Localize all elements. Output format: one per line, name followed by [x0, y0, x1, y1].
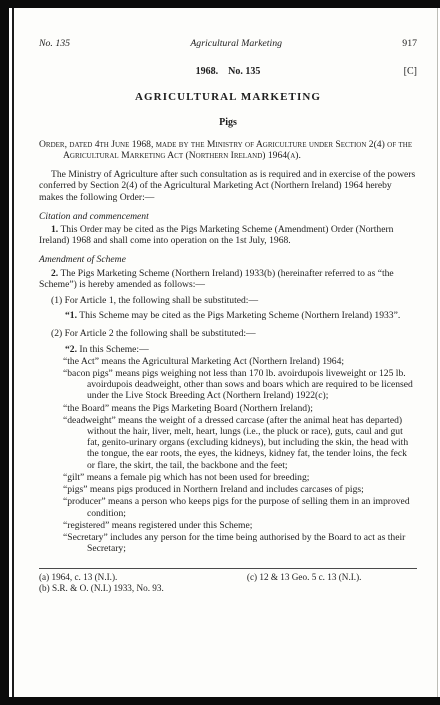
amendment-item-1: (1) For Article 1, the following shall b… — [51, 295, 417, 306]
masthead-doc-number: No. 135 — [228, 66, 260, 77]
section-2-text: The Pigs Marketing Scheme (Northern Irel… — [39, 268, 394, 290]
amendment-item-1-quote-text: This Scheme may be cited as the Pigs Mar… — [79, 310, 400, 321]
section-1-paragraph: 1. This Order may be cited as the Pigs M… — [39, 224, 417, 246]
masthead-year: 1968. — [196, 66, 219, 77]
header-page-number: 917 — [402, 38, 417, 49]
masthead-number-line: 1968.No. 135 [C] — [39, 66, 417, 77]
footnote-a: (a) 1964, c. 13 (N.I.). — [39, 572, 247, 583]
amendment-item-1-label: (1) — [51, 295, 62, 306]
definition-registered: “registered” means registered under this… — [39, 520, 417, 531]
section-1-heading: Citation and commencement — [39, 211, 417, 222]
amendment-item-1-quote: “1. This Scheme may be cited as the Pigs… — [39, 310, 417, 321]
section-1-text: This Order may be cited as the Pigs Mark… — [39, 224, 393, 246]
definition-the-board: “the Board” means the Pigs Marketing Boa… — [39, 403, 417, 414]
section-1-number: 1. — [51, 224, 58, 235]
amendment-item-1-text: For Article 1, the following shall be su… — [65, 295, 258, 306]
footnote-c: (c) 12 & 13 Geo. 5 c. 13 (N.I.). — [247, 572, 417, 583]
amendment-item-2-quote-number: “2. — [65, 344, 77, 355]
footnotes-left-column: (a) 1964, c. 13 (N.I.). (b) S.R. & O. (N… — [39, 572, 247, 594]
footnotes-right-column: (c) 12 & 13 Geo. 5 c. 13 (N.I.). — [247, 572, 417, 594]
definition-bacon-pigs: “bacon pigs” means pigs weighing not les… — [39, 368, 417, 402]
definition-gilt: “gilt” means a female pig which has not … — [39, 472, 417, 483]
document-page: No. 135 Agricultural Marketing 917 1968.… — [14, 8, 437, 697]
document-subtitle: Pigs — [39, 117, 417, 128]
order-recital: Order, dated 4th June 1968, made by the … — [39, 139, 417, 161]
scan-border-top — [0, 0, 440, 8]
definition-pigs: “pigs” means pigs produced in Northern I… — [39, 484, 417, 495]
definition-deadweight: “deadweight” means the weight of a dress… — [39, 415, 417, 471]
amendment-item-2-label: (2) — [51, 328, 62, 339]
footnote-b: (b) S.R. & O. (N.I.) 1933, No. 93. — [39, 583, 247, 594]
class-mark: [C] — [404, 66, 417, 77]
amendment-item-2-quote-text: In this Scheme:— — [79, 344, 148, 355]
amendment-item-2-text: For Article 2 the following shall be sub… — [65, 328, 256, 339]
header-doc-number: No. 135 — [39, 38, 70, 49]
scan-border-bottom — [0, 697, 440, 705]
amendment-item-1-quote-number: “1. — [65, 310, 77, 321]
definition-secretary: “Secretary” includes any person for the … — [39, 532, 417, 554]
intro-paragraph: The Ministry of Agriculture after such c… — [39, 169, 417, 203]
header-running-title: Agricultural Marketing — [190, 38, 282, 49]
definition-the-act: “the Act” means the Agricultural Marketi… — [39, 356, 417, 367]
running-header: No. 135 Agricultural Marketing 917 — [39, 38, 417, 49]
section-2-heading: Amendment of Scheme — [39, 254, 417, 265]
footnotes: (a) 1964, c. 13 (N.I.). (b) S.R. & O. (N… — [39, 568, 417, 594]
document-title: AGRICULTURAL MARKETING — [39, 92, 417, 103]
amendment-item-2-quote: “2. In this Scheme:— — [65, 344, 417, 355]
scan-edge-line-right — [437, 8, 438, 697]
section-2-paragraph: 2. The Pigs Marketing Scheme (Northern I… — [39, 268, 417, 290]
amendment-item-2: (2) For Article 2 the following shall be… — [51, 328, 417, 339]
section-2-number: 2. — [51, 268, 58, 279]
scan-border-left — [0, 0, 9, 705]
definition-producer: “producer” means a person who keeps pigs… — [39, 496, 417, 518]
